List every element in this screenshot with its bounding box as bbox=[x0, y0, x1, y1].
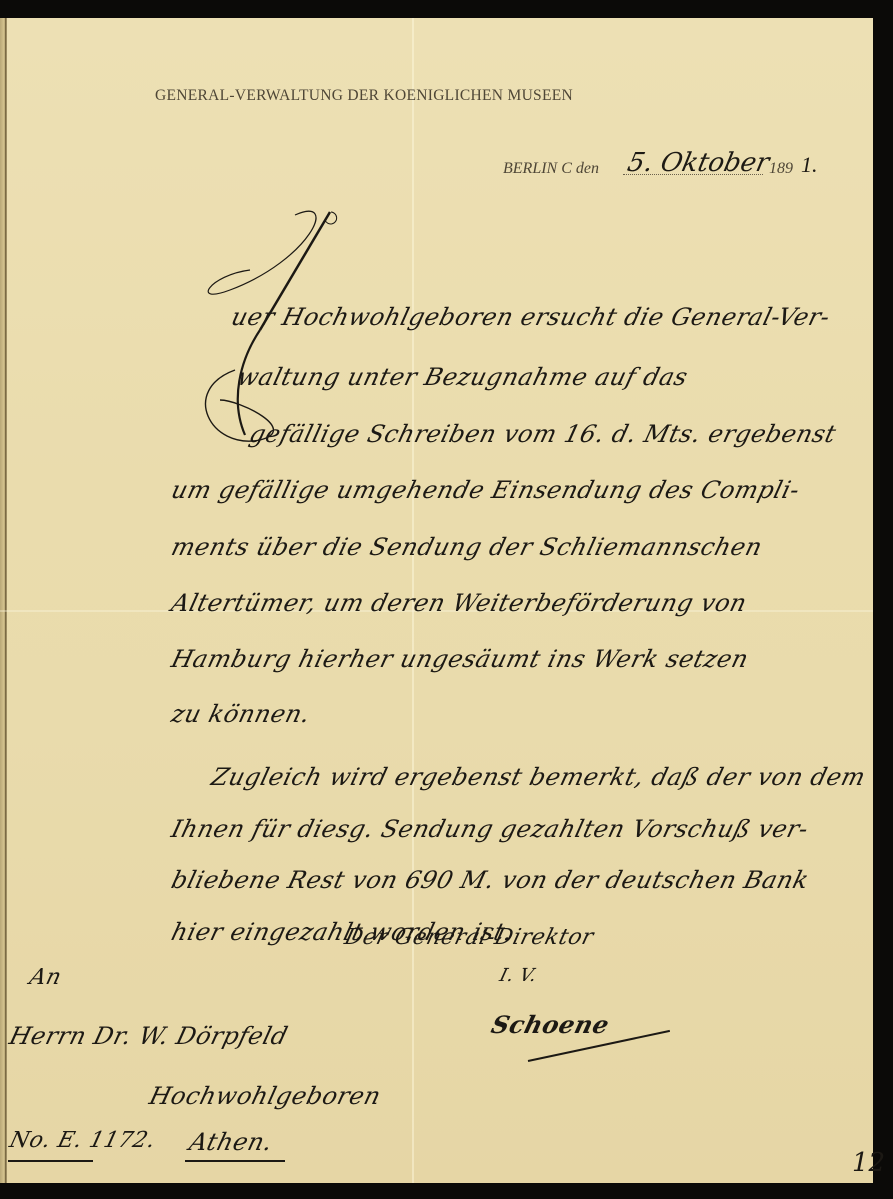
address-recipient: Herrn Dr. W. Dörpfeld bbox=[7, 1022, 291, 1050]
signature: Schoene bbox=[488, 1010, 612, 1039]
city-underline bbox=[185, 1160, 285, 1162]
date-place: BERLIN C den bbox=[503, 160, 599, 178]
address-to: An bbox=[27, 965, 64, 990]
date-handwritten: 5. Oktober bbox=[625, 148, 772, 178]
closing-abbreviation: I. V. bbox=[497, 965, 539, 986]
body-line: Altertümer, um deren Weiterbeförderung v… bbox=[169, 589, 750, 617]
body-line: Zugleich wird ergebenst bemerkt, daß der… bbox=[209, 763, 869, 791]
body-line: Hamburg hierher ungesäumt ins Werk setze… bbox=[169, 645, 752, 673]
paper-binding-edge bbox=[0, 18, 7, 1183]
body-line: um gefällige umgehende Einsendung des Co… bbox=[169, 476, 803, 504]
body-line: bliebene Rest von 690 M. von der deutsch… bbox=[169, 866, 812, 894]
address-honorific: Hochwohlgeboren bbox=[147, 1082, 384, 1110]
date-line: BERLIN C den 5. Oktober 189 1. bbox=[503, 152, 833, 182]
reference-underline bbox=[8, 1160, 93, 1162]
body-line: Ihnen für diesg. Sendung gezahlten Vorsc… bbox=[169, 815, 812, 843]
body-line: gefällige Schreiben vom 16. d. Mts. erge… bbox=[247, 420, 840, 448]
body-line: uer Hochwohlgeboren ersucht die General-… bbox=[229, 303, 834, 331]
address-city: Athen. bbox=[187, 1128, 276, 1156]
body-line: ments über die Sendung der Schliemannsch… bbox=[169, 533, 766, 561]
body-line: zu können. bbox=[169, 700, 314, 728]
date-year-handwritten: 1. bbox=[801, 152, 818, 178]
body-line: waltung unter Bezugnahme auf das bbox=[235, 363, 691, 391]
letterhead: GENERAL-VERWALTUNG DER KOENIGLICHEN MUSE… bbox=[155, 87, 695, 105]
closing-title: Der General-Direktor bbox=[342, 925, 596, 950]
reference-number: No. E. 1172. bbox=[7, 1128, 158, 1153]
page-number: 12 bbox=[852, 1148, 885, 1178]
date-year-printed: 189 bbox=[769, 160, 793, 178]
